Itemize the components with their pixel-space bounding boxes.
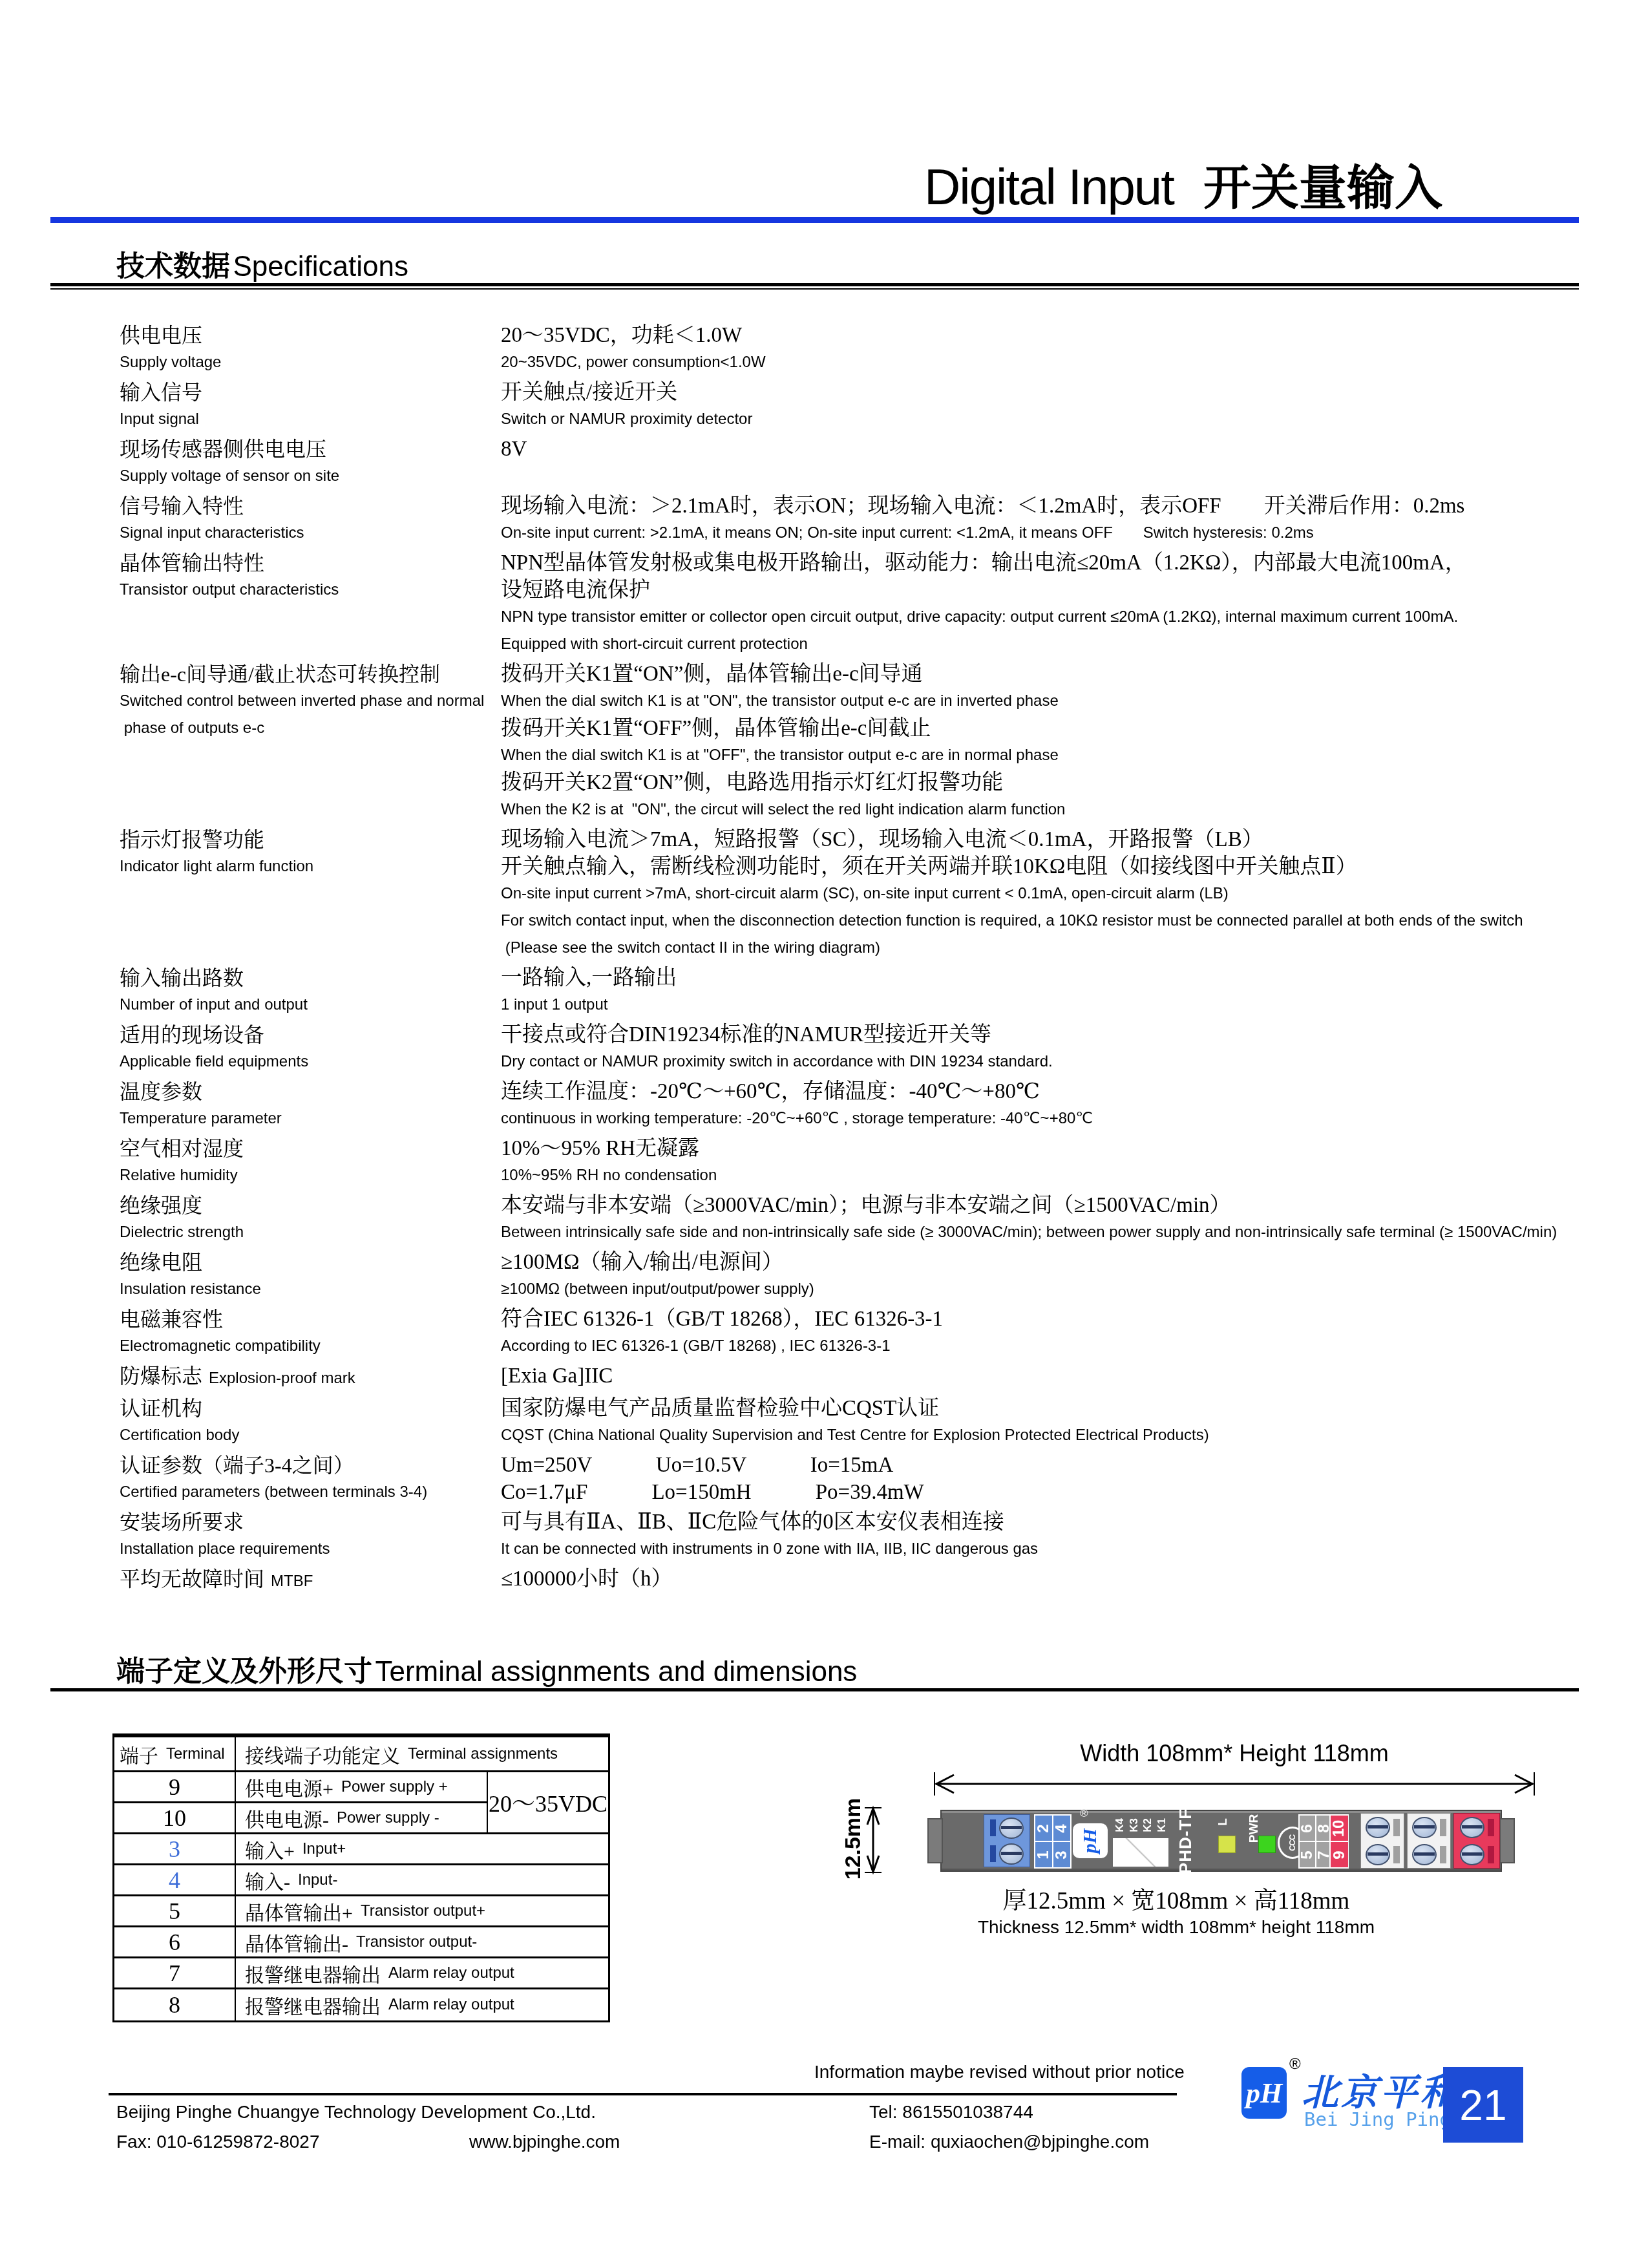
- terminal-number-cell: 8: [114, 1989, 236, 2020]
- terminal-definition-cell: 晶体管输出-Transistor output-: [236, 1927, 608, 1958]
- spec-values: Um=250V Uo=10.5V Io=15mACo=1.7μF Lo=150m…: [501, 1452, 1612, 1506]
- spec-label-zh: 信号输入特性: [120, 493, 501, 520]
- spec-label-zh: 供电电压: [120, 322, 501, 349]
- terminal-number-cell: 7: [114, 1958, 236, 1989]
- spec-label: 认证机构Certification body: [120, 1395, 501, 1449]
- spec-row: 电磁兼容性Electromagnetic compatibility符合IEC …: [120, 1306, 1612, 1360]
- terminal-number-cell: 6: [114, 1927, 236, 1958]
- spec-values: 国家防爆电气产品质量监督检验中心CQST认证CQST (China Nation…: [501, 1395, 1612, 1449]
- spec-value-line: 拨码开关K1置“OFF”侧，晶体管输出e-c间截止: [501, 715, 1612, 742]
- terminal-number-cell: 9: [114, 1772, 236, 1803]
- terminal-number-grid-blue: 2413: [1034, 1814, 1072, 1869]
- spec-value-line: 开关触点/接近开关: [501, 379, 1612, 406]
- spec-row: 信号输入特性Signal input characteristics现场输入电流…: [120, 493, 1612, 547]
- spec-value-line: Equipped with short-circuit current prot…: [501, 631, 1612, 658]
- spec-value-line: According to IEC 61326-1 (GB/T 18268) , …: [501, 1333, 1612, 1360]
- spec-row: 空气相对湿度Relative humidity10%～95% RH无凝露10%~…: [120, 1135, 1612, 1189]
- din-rail-tab-right: [1499, 1818, 1515, 1863]
- spec-label-en: Electromagnetic compatibility: [120, 1333, 501, 1360]
- screw-icon: [1412, 1844, 1437, 1865]
- spec-value-line: [Exia Ga]IIC: [501, 1362, 1612, 1390]
- spec-value-line: Co=1.7μF Lo=150mH Po=39.4mW: [501, 1479, 1612, 1506]
- spec-value-line: When the K2 is at "ON", the circut will …: [501, 796, 1612, 823]
- spec-value-line: When the dial switch K1 is at "ON", the …: [501, 688, 1612, 715]
- spec-label: 电磁兼容性Electromagnetic compatibility: [120, 1306, 501, 1360]
- terminal-definition-cell: 供电电源-Power supply -: [236, 1803, 488, 1834]
- specs-heading-zh: 技术数据: [116, 251, 230, 282]
- spec-values: 拨码开关K1置“ON”侧，晶体管输出e-c间导通When the dial sw…: [501, 661, 1612, 823]
- spec-label-zh: 电磁兼容性: [120, 1306, 501, 1333]
- terminal-number-print: 4: [1053, 1816, 1070, 1841]
- spec-value-line: Switch or NAMUR proximity detector: [501, 406, 1612, 433]
- spec-value-line: On-site input current: >2.1mA, it means …: [501, 520, 1612, 547]
- wire-slot: [1440, 1846, 1446, 1863]
- spec-row: 输出e-c间导通/截止状态可转换控制Switched control betwe…: [120, 661, 1612, 823]
- terminal-number-print: 1: [1035, 1842, 1052, 1867]
- spec-label-en: Signal input characteristics: [120, 520, 501, 547]
- email-address[interactable]: E-mail: quxiaochen@bjpinghe.com: [869, 2132, 1149, 2152]
- spec-values: 干接点或符合DIN19234标准的NAMUR型接近开关等Dry contact …: [501, 1021, 1612, 1076]
- screw-icon: [1460, 1844, 1484, 1865]
- spec-value-line: CQST (China National Quality Supervision…: [501, 1422, 1612, 1449]
- power-led-icon: [1258, 1836, 1276, 1853]
- spec-label: 认证参数（端子3-4之间）Certified parameters (betwe…: [120, 1452, 501, 1506]
- page-number-badge: 21: [1443, 2067, 1523, 2143]
- spec-value-line: 本安端与非本安端（≥3000VAC/min）；电源与非本安端之间（≥1500VA…: [501, 1192, 1612, 1219]
- spec-label-en: Input signal: [120, 406, 501, 433]
- screw-icon: [1412, 1817, 1437, 1838]
- page-title-zh: 开关量输入: [1203, 150, 1442, 218]
- terminals-heading-zh: 端子定义及外形尺寸: [116, 1656, 372, 1688]
- spec-value-line: ≤100000小时（h）: [501, 1565, 1612, 1593]
- spec-label-zh: 晶体管输出特性: [120, 549, 501, 577]
- wire-slot: [1488, 1819, 1494, 1836]
- terminal-number-print: 10: [1331, 1816, 1348, 1841]
- spec-value-line: 拨码开关K1置“ON”侧，晶体管输出e-c间导通: [501, 661, 1612, 688]
- din-rail-tab-left: [927, 1818, 943, 1863]
- registered-mark-icon: ®: [1289, 2055, 1301, 2073]
- spec-label-en: Dielectric strength: [120, 1219, 501, 1246]
- terminal-block-red: [1453, 1813, 1500, 1869]
- terminal-table: 端子Terminal接线端子功能定义Terminal assignments9供…: [112, 1733, 610, 2022]
- spec-label-en: Transistor output characteristics: [120, 577, 501, 604]
- terminal-number-print: 2: [1035, 1816, 1052, 1841]
- footer-rule: [109, 2093, 1177, 2095]
- spec-label-en: Switched control between inverted phase …: [120, 688, 501, 715]
- overall-size-label-en: Thickness 12.5mm* width 108mm* height 11…: [834, 1917, 1519, 1938]
- spec-label: 防爆标志Explosion-proof mark: [120, 1362, 501, 1392]
- website-link[interactable]: www.bjpinghe.com: [469, 2132, 620, 2152]
- spec-value-line: Dry contact or NAMUR proximity switch in…: [501, 1048, 1612, 1076]
- spec-label-en: Explosion-proof mark: [209, 1370, 355, 1387]
- signal-led-icon: [1218, 1836, 1236, 1853]
- spec-label-zh: 认证机构: [120, 1395, 501, 1422]
- spec-row: 认证参数（端子3-4之间）Certified parameters (betwe…: [120, 1452, 1612, 1506]
- spec-row: 现场传感器侧供电电压Supply voltage of sensor on si…: [120, 436, 1612, 490]
- screw-icon: [1366, 1844, 1390, 1865]
- company-name: Beijing Pinghe Chuangye Technology Devel…: [116, 2102, 596, 2123]
- spec-value-line: When the dial switch K1 is at "OFF", the…: [501, 742, 1612, 769]
- spec-value-line: 20~35VDC, power consumption<1.0W: [501, 349, 1612, 376]
- thickness-dimension-label: 12.5mm: [841, 1798, 866, 1880]
- spec-row: 指示灯报警功能Indicator light alarm function现场输…: [120, 826, 1612, 962]
- spec-label-en: Indicator light alarm function: [120, 853, 501, 880]
- terminal-number-print: 5: [1300, 1842, 1315, 1867]
- spec-label-zh: 绝缘强度: [120, 1192, 501, 1219]
- spec-row: 温度参数Temperature parameter连续工作温度：-20℃～+60…: [120, 1078, 1612, 1132]
- spec-label: 信号输入特性Signal input characteristics: [120, 493, 501, 547]
- wire-slot: [990, 1845, 996, 1862]
- spec-label-en: Installation place requirements: [120, 1536, 501, 1563]
- wire-slot: [1393, 1819, 1400, 1836]
- spec-values: [Exia Ga]IIC: [501, 1362, 1612, 1392]
- datasheet-page: Digital Input 开关量输入 技术数据 Specifications …: [0, 0, 1626, 2268]
- revision-notice: Information maybe revised without prior …: [814, 2062, 1185, 2083]
- page-title-en: Digital Input: [924, 158, 1174, 217]
- spec-label-zh: 适用的现场设备: [120, 1021, 501, 1048]
- screw-icon: [999, 1818, 1024, 1839]
- wire-slot: [990, 1819, 996, 1836]
- isolator-module-drawing: 2413 pH ® K4K3K2K1 PHD-TF L PWR CCC 6857…: [940, 1810, 1502, 1872]
- spec-label-en: Certified parameters (between terminals …: [120, 1479, 501, 1506]
- spec-label-zh: 绝缘电阻: [120, 1249, 501, 1276]
- terminal-table-header-terminal: 端子Terminal: [114, 1737, 236, 1772]
- spec-label: 平均无故障时间MTBF: [120, 1565, 501, 1595]
- spec-value-line: 符合IEC 61326-1（GB/T 18268），IEC 61326-3-1: [501, 1306, 1612, 1333]
- spec-label: 适用的现场设备Applicable field equipments: [120, 1021, 501, 1076]
- spec-value-line: Um=250V Uo=10.5V Io=15mA: [501, 1452, 1612, 1479]
- spec-row: 绝缘强度Dielectric strength本安端与非本安端（≥3000VAC…: [120, 1192, 1612, 1246]
- spec-label: 晶体管输出特性Transistor output characteristics: [120, 549, 501, 658]
- spec-values: 本安端与非本安端（≥3000VAC/min）；电源与非本安端之间（≥1500VA…: [501, 1192, 1612, 1246]
- spec-values: ≤100000小时（h）: [501, 1565, 1612, 1595]
- spec-value-line: On-site input current >7mA, short-circui…: [501, 880, 1612, 907]
- spec-label-zh: 指示灯报警功能: [120, 826, 501, 853]
- spec-label-en: Insulation resistance: [120, 1276, 501, 1303]
- fax-number: Fax: 010-61259872-8027: [116, 2132, 319, 2152]
- terminal-number-cell: 5: [114, 1896, 236, 1927]
- spec-values: 开关触点/接近开关Switch or NAMUR proximity detec…: [501, 379, 1612, 433]
- spec-row: 晶体管输出特性Transistor output characteristics…: [120, 549, 1612, 658]
- dip-switch-label: K1: [1152, 1818, 1172, 1832]
- spec-row: 防爆标志Explosion-proof mark[Exia Ga]IIC: [120, 1362, 1612, 1392]
- registered-mark-icon: ®: [1080, 1807, 1088, 1820]
- spec-value-line: 一路输入,一路输出: [501, 964, 1612, 991]
- terminal-number-cell: 10: [114, 1803, 236, 1834]
- telephone-number: Tel: 8615501038744: [869, 2102, 1033, 2123]
- terminal-definition-cell: 报警继电器输出Alarm relay output: [236, 1958, 608, 1989]
- spec-value-line: ≥100MΩ（输入/输出/电源间）: [501, 1249, 1612, 1276]
- spec-value-line: It can be connected with instruments in …: [501, 1536, 1612, 1563]
- specs-heading-rule: [50, 283, 1579, 290]
- spec-value-line: 1 input 1 output: [501, 991, 1612, 1019]
- page-title: Digital Input 开关量输入: [924, 150, 1442, 218]
- spec-row: 适用的现场设备Applicable field equipments干接点或符合…: [120, 1021, 1612, 1076]
- spec-value-line: ≥100MΩ (between input/output/power suppl…: [501, 1276, 1612, 1303]
- spec-label-zh: 认证参数（端子3-4之间）: [120, 1452, 501, 1479]
- spec-value-line: 8V: [501, 436, 1612, 463]
- wire-slot: [1440, 1819, 1446, 1836]
- terminal-definition-cell: 输入-Input-: [236, 1865, 608, 1896]
- spec-row: 输入输出路数Number of input and output一路输入,一路输…: [120, 964, 1612, 1019]
- spec-value-line: continuous in working temperature: -20℃~…: [501, 1105, 1612, 1132]
- dip-switch-icon: [1113, 1838, 1168, 1867]
- spec-label-en: Relative humidity: [120, 1162, 501, 1189]
- width-dimension-label: Width 108mm* Height 118mm: [931, 1740, 1538, 1767]
- spec-row: 认证机构Certification body国家防爆电气产品质量监督检验中心CQ…: [120, 1395, 1612, 1449]
- terminal-definition-cell: 报警继电器输出Alarm relay output: [236, 1989, 608, 2020]
- overall-size-label-zh: 厚12.5mm × 宽108mm × 高118mm: [834, 1881, 1519, 1916]
- terminal-number-print: 6: [1300, 1816, 1315, 1841]
- spec-values: ≥100MΩ（输入/输出/电源间）≥100MΩ (between input/o…: [501, 1249, 1612, 1303]
- spec-values: 8V: [501, 436, 1612, 490]
- dip-switch-labels: K4K3K2K1: [1113, 1815, 1168, 1836]
- spec-row: 安装场所要求Installation place requirements可与具…: [120, 1509, 1612, 1563]
- spec-values: 10%～95% RH无凝露10%~95% RH no condensation: [501, 1135, 1612, 1189]
- spec-row: 平均无故障时间MTBF≤100000小时（h）: [120, 1565, 1612, 1595]
- spec-label-zh: 防爆标志Explosion-proof mark: [120, 1362, 501, 1392]
- spec-label: 指示灯报警功能Indicator light alarm function: [120, 826, 501, 962]
- spec-value-line: (Please see the switch contact II in the…: [501, 935, 1612, 962]
- spec-value-line: 拨码开关K2置“ON”侧，电路选用指示灯红灯报警功能: [501, 769, 1612, 796]
- spec-values: NPN型晶体管发射极或集电极开路输出，驱动能力：输出电流≤20mA（1.2KΩ）…: [501, 549, 1612, 658]
- spec-label-zh: 输出e-c间导通/截止状态可转换控制: [120, 661, 501, 688]
- spec-value-line: 连续工作温度：-20℃～+60℃，存储温度：-40℃～+80℃: [501, 1078, 1612, 1105]
- terminal-number-print: 9: [1331, 1842, 1348, 1867]
- spec-value-line: 20～35VDC，功耗＜1.0W: [501, 322, 1612, 349]
- spec-label: 输入输出路数Number of input and output: [120, 964, 501, 1019]
- wire-slot: [1488, 1846, 1494, 1863]
- spec-value-line: 开关触点输入，需断线检测功能时，须在开关两端并联10KΩ电阻（如接线图中开关触点…: [501, 853, 1612, 880]
- terminal-block-blue: [984, 1814, 1030, 1867]
- terminal-number-grid-red: 109: [1329, 1814, 1349, 1869]
- spec-values: 20～35VDC，功耗＜1.0W20~35VDC, power consumpt…: [501, 322, 1612, 376]
- spec-label: 空气相对湿度Relative humidity: [120, 1135, 501, 1189]
- dip-switch-area: K4K3K2K1: [1113, 1815, 1168, 1867]
- spec-label-zh: 输入信号: [120, 379, 501, 406]
- spec-values: 现场输入电流：＞2.1mA时，表示ON；现场输入电流：＜1.2mA时，表示OFF…: [501, 493, 1612, 547]
- spec-rows: 供电电压Supply voltage20～35VDC，功耗＜1.0W20~35V…: [120, 322, 1612, 1598]
- header-accent-rule: [50, 217, 1579, 223]
- terminal-number-cell: 3: [114, 1834, 236, 1865]
- terminals-heading-en: Terminal assignments and dimensions: [375, 1656, 857, 1688]
- led-l-label: L: [1216, 1818, 1230, 1826]
- spec-value-line: 现场输入电流＞7mA，短路报警（SC），现场输入电流＜0.1mA，开路报警（LB…: [501, 826, 1612, 853]
- terminals-heading: 端子定义及外形尺寸 Terminal assignments and dimen…: [116, 1648, 857, 1690]
- spec-value-line: 10%~95% RH no condensation: [501, 1162, 1612, 1189]
- spec-label: 绝缘电阻Insulation resistance: [120, 1249, 501, 1303]
- spec-label: 温度参数Temperature parameter: [120, 1078, 501, 1132]
- spec-label-zh: 安装场所要求: [120, 1509, 501, 1536]
- spec-label-en: Applicable field equipments: [120, 1048, 501, 1076]
- screw-icon: [1460, 1817, 1484, 1838]
- spec-label-zh: 输入输出路数: [120, 964, 501, 991]
- spec-value-line: NPN型晶体管发射极或集电极开路输出，驱动能力：输出电流≤20mA（1.2KΩ）…: [501, 549, 1612, 577]
- spec-values: 符合IEC 61326-1（GB/T 18268），IEC 61326-3-1A…: [501, 1306, 1612, 1360]
- terminal-definition-cell: 晶体管输出+Transistor output+: [236, 1896, 608, 1927]
- spec-value-line: 设短路电流保护: [501, 577, 1612, 604]
- spec-values: 一路输入,一路输出1 input 1 output: [501, 964, 1612, 1019]
- spec-label-en: Supply voltage of sensor on site: [120, 463, 501, 490]
- spec-label: 安装场所要求Installation place requirements: [120, 1509, 501, 1563]
- spec-label-zh: 空气相对湿度: [120, 1135, 501, 1162]
- spec-label: 绝缘强度Dielectric strength: [120, 1192, 501, 1246]
- spec-label-en: phase of outputs e-c: [120, 715, 501, 742]
- screw-icon: [999, 1843, 1024, 1865]
- spec-value-line: Between intrinsically safe side and non-…: [501, 1219, 1612, 1246]
- spec-values: 可与具有ⅡA、ⅡB、ⅡC危险气体的0区本安仪表相连接It can be conn…: [501, 1509, 1612, 1563]
- spec-values: 连续工作温度：-20℃～+60℃，存储温度：-40℃～+80℃continuou…: [501, 1078, 1612, 1132]
- terminal-block-white-1: [1360, 1813, 1404, 1869]
- spec-label: 现场传感器侧供电电压Supply voltage of sensor on si…: [120, 436, 501, 490]
- terminal-definition-cell: 供电电源+Power supply +: [236, 1772, 488, 1803]
- terminals-heading-rule: [50, 1688, 1579, 1691]
- terminal-power-range-cell: 20～35VDC: [488, 1772, 608, 1834]
- spec-label-en: Number of input and output: [120, 991, 501, 1019]
- spec-value-line: 可与具有ⅡA、ⅡB、ⅡC危险气体的0区本安仪表相连接: [501, 1509, 1612, 1536]
- terminal-number-print: 3: [1053, 1842, 1070, 1867]
- spec-label-zh: 平均无故障时间MTBF: [120, 1565, 501, 1595]
- dimension-drawing: Width 108mm* Height 118mm 12.5mm 2413: [834, 1700, 1570, 2036]
- terminal-definition-cell: 输入+Input+: [236, 1834, 608, 1865]
- terminal-number-cell: 4: [114, 1865, 236, 1896]
- screw-icon: [1366, 1817, 1390, 1838]
- spec-value-line: NPN type transistor emitter or collector…: [501, 604, 1612, 631]
- spec-label-en: MTBF: [271, 1573, 313, 1590]
- spec-row: 绝缘电阻Insulation resistance≥100MΩ（输入/输出/电源…: [120, 1249, 1612, 1303]
- model-label: PHD-TF: [1174, 1811, 1198, 1871]
- company-logo-icon: pH: [1241, 2067, 1287, 2119]
- spec-values: 现场输入电流＞7mA，短路报警（SC），现场输入电流＜0.1mA，开路报警（LB…: [501, 826, 1612, 962]
- thickness-arrow-icon: [865, 1805, 882, 1875]
- wire-slot: [1393, 1846, 1400, 1863]
- terminal-number-grid-gray: 6857: [1298, 1814, 1333, 1869]
- specs-heading: 技术数据 Specifications: [116, 243, 408, 284]
- width-arrow-icon: [931, 1772, 1538, 1796]
- terminal-block-white-2: [1407, 1813, 1451, 1869]
- spec-value-line: 国家防爆电气产品质量监督检验中心CQST认证: [501, 1395, 1612, 1422]
- spec-label-zh: 温度参数: [120, 1078, 501, 1105]
- specs-heading-en: Specifications: [233, 251, 408, 282]
- spec-label: 供电电压Supply voltage: [120, 322, 501, 376]
- terminal-table-header-assignments: 接线端子功能定义Terminal assignments: [236, 1737, 608, 1772]
- spec-row: 输入信号Input signal开关触点/接近开关Switch or NAMUR…: [120, 379, 1612, 433]
- spec-label-zh: 现场传感器侧供电电压: [120, 436, 501, 463]
- spec-value-line: 干接点或符合DIN19234标准的NAMUR型接近开关等: [501, 1021, 1612, 1048]
- spec-label: 输入信号Input signal: [120, 379, 501, 433]
- spec-value-line: 10%～95% RH无凝露: [501, 1135, 1612, 1162]
- spec-value-line: 现场输入电流：＞2.1mA时，表示ON；现场输入电流：＜1.2mA时，表示OFF…: [501, 493, 1612, 520]
- spec-label-en: Certification body: [120, 1422, 501, 1449]
- spec-label-en: Supply voltage: [120, 349, 501, 376]
- spec-row: 供电电压Supply voltage20～35VDC，功耗＜1.0W20~35V…: [120, 322, 1612, 376]
- spec-value-line: For switch contact input, when the disco…: [501, 907, 1612, 935]
- spec-label: 输出e-c间导通/截止状态可转换控制Switched control betwe…: [120, 661, 501, 823]
- spec-label-en: Temperature parameter: [120, 1105, 501, 1132]
- brand-logo-icon: pH: [1073, 1823, 1108, 1858]
